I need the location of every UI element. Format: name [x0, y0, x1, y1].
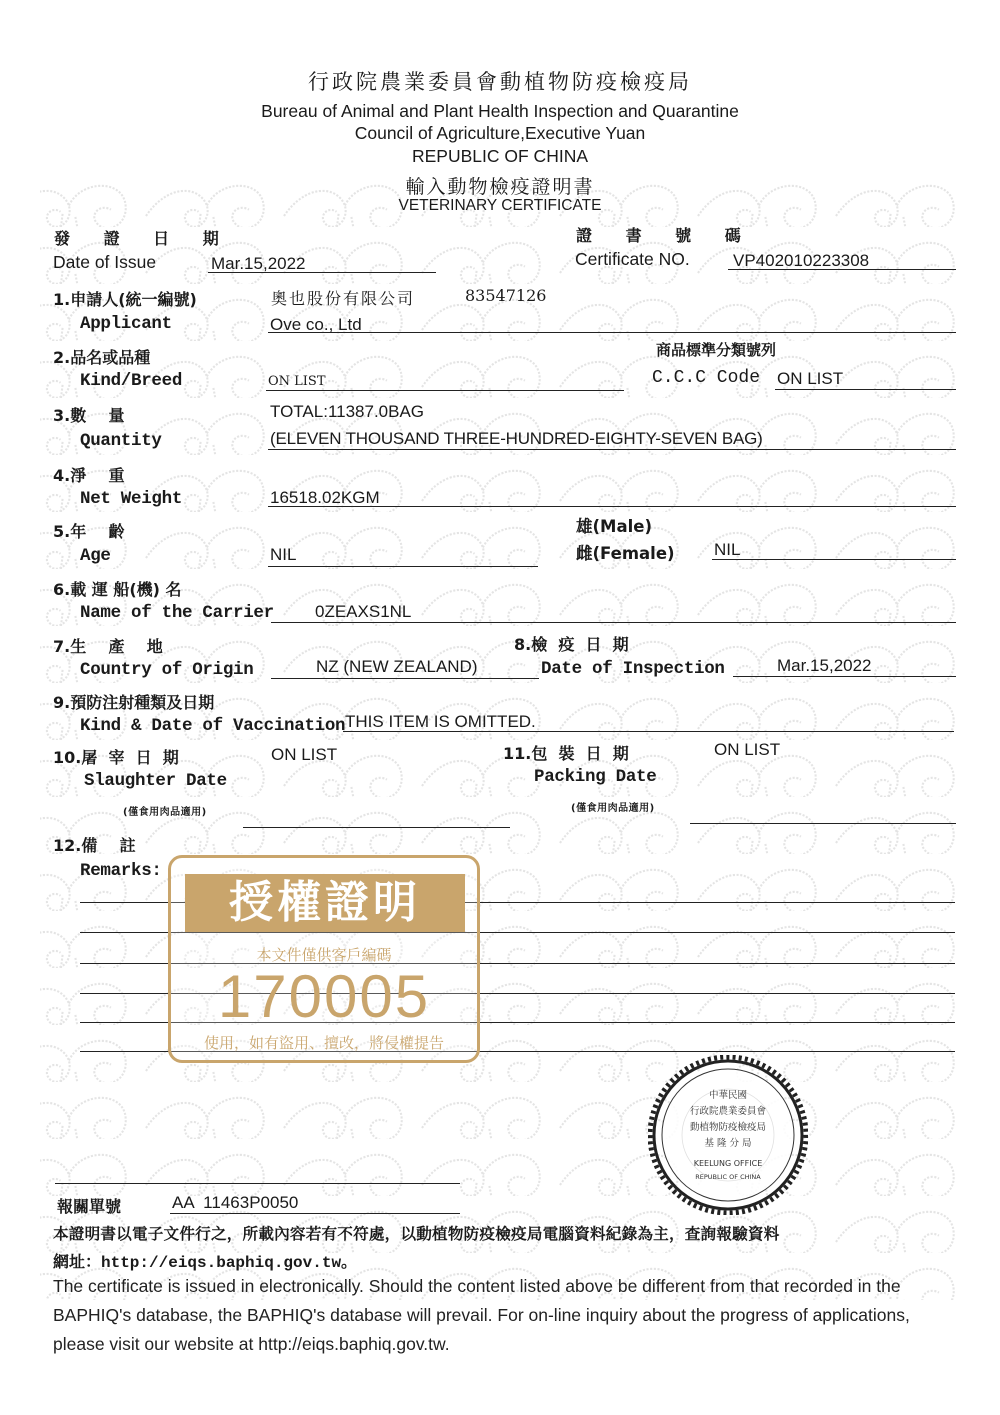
- quantity-value: TOTAL:11387.0BAG: [270, 402, 424, 422]
- applicant-label-cn: 1.申請人(統一編號): [53, 287, 197, 310]
- ccc-code-underline: [775, 389, 956, 390]
- issue-date-value: Mar.15,2022: [211, 254, 306, 274]
- kind-label-en: Kind/Breed: [80, 371, 182, 391]
- slaughter-note: (僅食用肉品適用): [123, 803, 207, 818]
- seal-country-en: REPUBLIC OF CHINA: [695, 1172, 760, 1182]
- carrier-underline: [271, 622, 956, 623]
- packing-label-cn: 11.包 裝 日 期: [503, 741, 629, 764]
- vaccination-label-en: Kind & Date of Vaccination: [80, 716, 345, 736]
- footer-notice-cn-line-2: 網址：http://eiqs.baphiq.gov.tw。: [53, 1249, 357, 1272]
- vaccination-value: THIS ITEM IS OMITTED.: [345, 712, 536, 732]
- certificate-no-value: VP402010223308: [733, 251, 869, 271]
- vaccination-underline: [343, 731, 954, 732]
- packing-underline: [690, 823, 956, 824]
- carrier-value: 0ZEAXS1NL: [315, 602, 411, 622]
- ccc-code-label-en: C.C.C Code: [652, 368, 760, 388]
- age-underline: [268, 566, 538, 567]
- certificate-no-label-cn: 證 書 號 碼: [576, 223, 755, 246]
- applicant-label-en: Applicant: [80, 314, 172, 334]
- certificate-no-label-en: Certificate NO.: [575, 249, 690, 270]
- packing-note: (僅食用肉品適用): [571, 799, 655, 814]
- customs-underline: [170, 1213, 460, 1214]
- slaughter-underline: [243, 827, 510, 828]
- applicant-underline: [268, 332, 956, 333]
- sex-underline: [712, 559, 956, 560]
- slaughter-label-cn: 10.屠 宰 日 期: [53, 745, 179, 768]
- customs-no-value: AA 11463P0050: [172, 1193, 298, 1213]
- customs-no-label: 報關單號: [57, 1194, 121, 1217]
- issue-date-label-en: Date of Issue: [53, 252, 156, 273]
- packing-value: ON LIST: [714, 740, 780, 760]
- seal-line-3: 動植物防疫檢疫局: [690, 1120, 766, 1136]
- agency-title-en: Bureau of Animal and Plant Health Inspec…: [0, 101, 1000, 122]
- kind-underline: [266, 390, 624, 391]
- quantity-value-words: (ELEVEN THOUSAND THREE-HUNDRED-EIGHTY-SE…: [270, 429, 763, 449]
- inspection-label-cn: 8.檢 疫 日 期: [514, 632, 629, 655]
- quantity-label-en: Quantity: [80, 431, 162, 451]
- inspection-label-en: Date of Inspection: [541, 659, 725, 679]
- ccc-code-label-cn: 商品標準分類號列: [656, 339, 776, 360]
- official-seal: BUREAU OF ANIMAL AND PLANT HEALTH INSPEC…: [648, 1055, 808, 1215]
- sex-value: NIL: [714, 540, 740, 560]
- seal-line-1: 中華民國: [709, 1088, 747, 1104]
- document-title-en: VETERINARY CERTIFICATE: [0, 197, 1000, 215]
- authorization-stamp-title: 授權證明: [185, 874, 465, 932]
- footer-url-cn: 網址：http://eiqs.baphiq.gov.tw。: [53, 1254, 357, 1272]
- origin-underline: [271, 678, 539, 679]
- council-name: Council of Agriculture,Executive Yuan: [0, 123, 1000, 144]
- quantity-underline: [268, 449, 956, 450]
- age-label-cn: 5.年 齡: [53, 519, 125, 542]
- applicant-tax-id: 83547126: [465, 286, 546, 305]
- document-title-cn: 輸入動物檢疫證明書: [0, 172, 1000, 199]
- age-value: NIL: [270, 545, 296, 565]
- quantity-label-cn: 3.數 量: [53, 403, 125, 426]
- issue-date-underline: [208, 272, 436, 273]
- authorization-stamp: 授權證明 本文件僅供客戶編碼 170005 使用，如有盜用、擅改，將侵權提告: [168, 855, 480, 1063]
- authorization-stamp-note: 使用，如有盜用、擅改，將侵權提告: [171, 1032, 477, 1053]
- origin-label-cn: 7.生 產 地: [53, 634, 163, 657]
- issue-date-label-cn: 發 證 日 期: [54, 226, 233, 249]
- net-weight-value: 16518.02KGM: [270, 488, 380, 508]
- footer-notice-en: The certificate is issued in electronica…: [53, 1272, 958, 1359]
- customs-top-line: [55, 1183, 460, 1184]
- vaccination-label-cn: 9.預防注射種類及日期: [53, 690, 214, 713]
- footer-notice-cn-line-1: 本證明書以電子文件行之，所載內容若有不符處，以動植物防疫檢疫局電腦資料紀錄為主，…: [53, 1222, 780, 1244]
- carrier-label-cn: 6.載 運 船(機) 名: [53, 577, 182, 600]
- seal-office-en: KEELUNG OFFICE: [694, 1156, 763, 1172]
- seal-line-2: 行政院農業委員會: [690, 1104, 766, 1120]
- age-label-en: Age: [80, 546, 111, 566]
- remarks-label-en: Remarks:: [80, 861, 162, 881]
- ccc-code-value: ON LIST: [777, 369, 843, 389]
- carrier-label-en: Name of the Carrier: [80, 603, 274, 623]
- net-weight-underline: [268, 506, 956, 507]
- origin-value: NZ (NEW ZEALAND): [316, 657, 478, 677]
- applicant-name-cn: 奧也股份有限公司: [271, 286, 415, 309]
- kind-value: ON LIST: [268, 374, 326, 389]
- packing-label-en: Packing Date: [534, 767, 656, 787]
- slaughter-label-en: Slaughter Date: [84, 771, 227, 791]
- certificate-no-underline: [728, 269, 956, 270]
- origin-label-en: Country of Origin: [80, 660, 253, 680]
- agency-title-cn: 行政院農業委員會動植物防疫檢疫局: [0, 66, 1000, 96]
- inspection-date-value: Mar.15,2022: [777, 656, 872, 676]
- country-name: REPUBLIC OF CHINA: [0, 146, 1000, 167]
- slaughter-value: ON LIST: [271, 745, 337, 765]
- net-weight-label-en: Net Weight: [80, 489, 182, 509]
- seal-line-4: 基 隆 分 局: [704, 1136, 751, 1152]
- net-weight-label-cn: 4.淨 重: [53, 463, 125, 486]
- authorization-stamp-code: 170005: [171, 962, 477, 1032]
- female-label: 雌(Female): [576, 540, 675, 564]
- remarks-label-cn: 12.備 註: [53, 833, 136, 856]
- male-label: 雄(Male): [576, 513, 652, 537]
- kind-label-cn: 2.品名或品種: [53, 345, 150, 368]
- inspection-date-underline: [733, 676, 956, 677]
